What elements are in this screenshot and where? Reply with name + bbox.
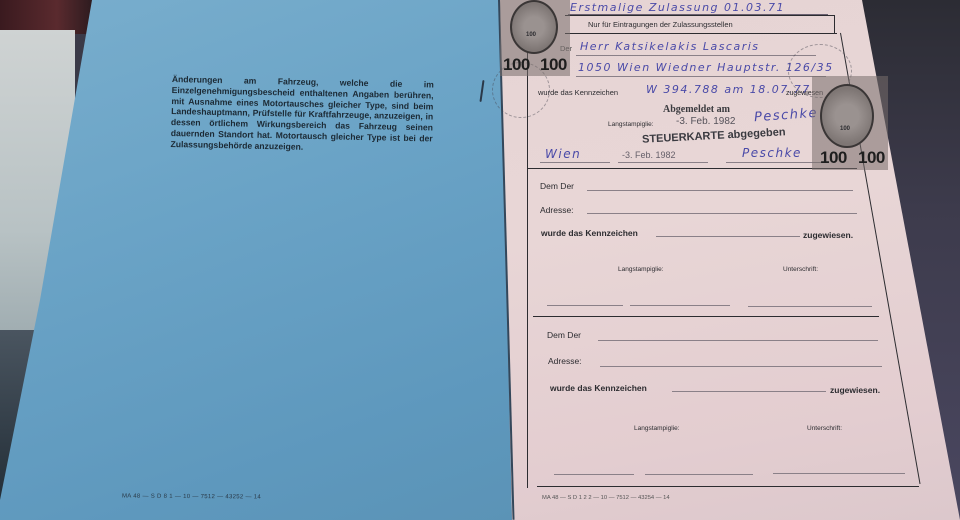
entry3-bottom-line-1 bbox=[554, 474, 634, 475]
entry2-kennzeichen-label: wurde das Kennzeichen bbox=[541, 228, 638, 238]
entry1-bottom-line-2 bbox=[618, 162, 708, 163]
left-page-footer-code: MA 48 — S D 8 1 — 10 — 7512 — 43252 — 14 bbox=[122, 494, 261, 501]
entry2-kennzeichen-line bbox=[656, 236, 800, 237]
entry1-date-stamp: -3. Feb. 1982 bbox=[622, 150, 676, 160]
entry2-name-line bbox=[587, 190, 853, 191]
entry3-dem-der-label: Dem Der bbox=[547, 330, 581, 340]
revenue-stamp-2-number-a: 100 bbox=[820, 148, 847, 168]
entry3-name-line bbox=[598, 340, 878, 341]
entry2-separator bbox=[533, 316, 879, 317]
entry1-name-line bbox=[576, 55, 816, 56]
entry1-bottom-line-1 bbox=[540, 162, 610, 163]
entry1-place: Wien bbox=[545, 147, 581, 161]
right-page-footer-code: MA 48 — S D 1 2 2 — 10 — 7512 — 43254 — … bbox=[542, 495, 670, 501]
first-registration-note: Erstmalige Zulassung 01.03.71 bbox=[570, 1, 785, 14]
entry2-unterschrift-label: Unterschrift: bbox=[783, 266, 818, 273]
entry2-langstampiglie-label: Langstampiglie: bbox=[618, 266, 664, 273]
entry2-adresse-label: Adresse: bbox=[540, 205, 574, 215]
entry1-separator bbox=[527, 168, 857, 169]
entry2-bottom-line-3 bbox=[748, 306, 872, 307]
entry2-address-line bbox=[587, 213, 857, 214]
entry1-name: Herr Katsikelakis Lascaris bbox=[580, 40, 760, 53]
header-title: Nur für Eintragungen der Zulassungsstell… bbox=[588, 20, 733, 29]
header-box-right bbox=[834, 15, 835, 33]
revenue-stamp-1-seal bbox=[510, 0, 558, 54]
abgemeldet-stamp-label: Abgemeldet am bbox=[663, 104, 730, 115]
entry3-adresse-label: Adresse: bbox=[548, 356, 582, 366]
entry3-zugewiesen-label: zugewiesen. bbox=[830, 385, 880, 395]
entry2-bottom-line-2 bbox=[630, 305, 730, 306]
revenue-stamp-1-seal-value: 100 bbox=[526, 32, 536, 38]
entry3-bottom-line-2 bbox=[645, 474, 753, 475]
entry3-unterschrift-label: Unterschrift: bbox=[807, 425, 842, 432]
entry1-kennzeichen-label: wurde das Kennzeichen bbox=[538, 88, 618, 97]
entry3-address-line bbox=[600, 366, 882, 367]
entry3-bottom-line-3 bbox=[773, 473, 905, 474]
entry1-signature: Peschke bbox=[742, 146, 802, 160]
entry3-langstampiglie-label: Langstampiglie: bbox=[634, 425, 680, 432]
form-frame-bottom bbox=[537, 486, 919, 487]
revenue-stamp-2-seal-value: 100 bbox=[840, 126, 850, 132]
header-box-bottom bbox=[565, 33, 837, 34]
entry1-bottom-line-3 bbox=[726, 162, 826, 163]
header-box-top bbox=[565, 15, 835, 16]
entry3-kennzeichen-line bbox=[672, 391, 826, 392]
entry3-kennzeichen-label: wurde das Kennzeichen bbox=[550, 383, 647, 393]
revenue-stamp-2-seal bbox=[820, 84, 874, 148]
revenue-stamp-1-number-b: 100 bbox=[540, 55, 567, 75]
entry1-langstampiglie-label: Langstampiglie: bbox=[608, 121, 654, 128]
entry2-bottom-line-1 bbox=[547, 305, 623, 306]
background-object bbox=[0, 0, 95, 34]
vehicle-change-notice: Änderungen am Fahrzeug, welche die im Ei… bbox=[170, 74, 434, 155]
revenue-stamp-2-number-b: 100 bbox=[858, 148, 885, 168]
entry2-zugewiesen-label: zugewiesen. bbox=[803, 230, 853, 240]
revenue-stamp-1-number-a: 100 bbox=[503, 55, 530, 75]
abgemeldet-date-stamp: -3. Feb. 1982 bbox=[676, 116, 735, 127]
entry2-dem-der-label: Dem Der bbox=[540, 181, 574, 191]
